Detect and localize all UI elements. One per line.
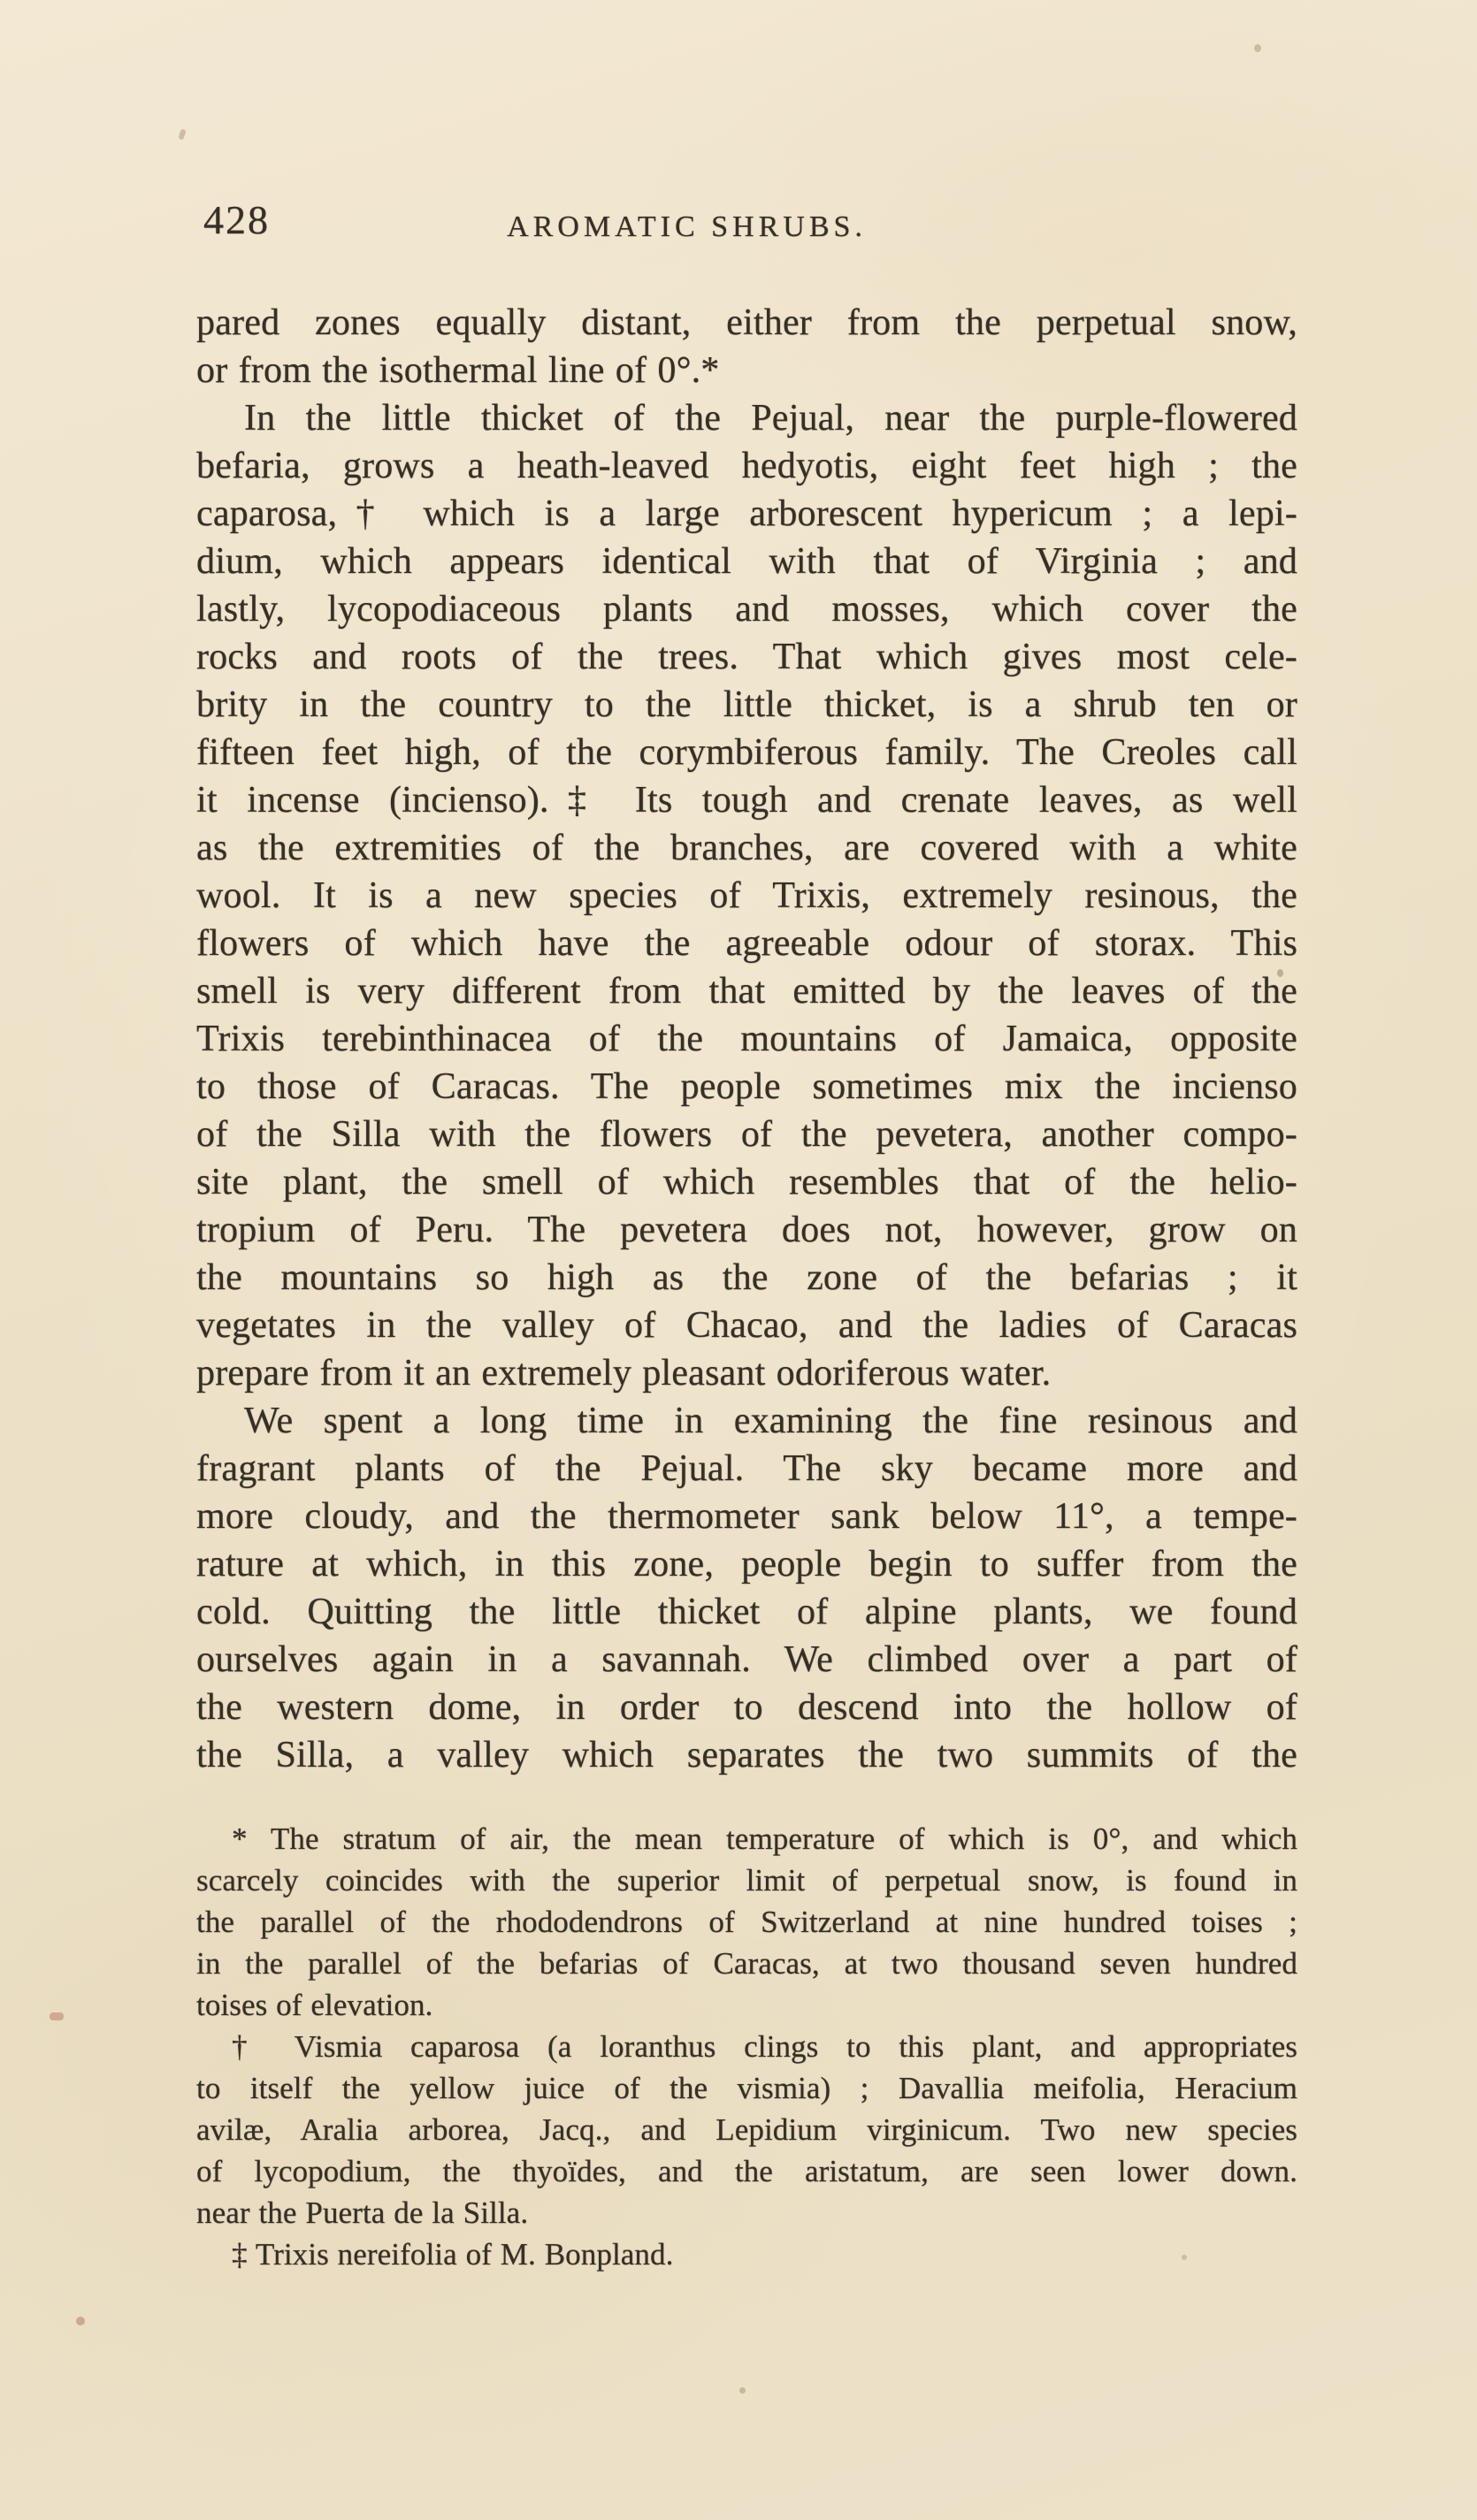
text-line: to itself the yellow juice of the vismia… xyxy=(196,2067,1297,2109)
book-page: 428 AROMATIC SHRUBS. pared zones equally… xyxy=(0,0,1477,2520)
paper-speck xyxy=(178,128,186,140)
text-line: We spent a long time in examining the fi… xyxy=(196,1397,1297,1445)
paper-speck xyxy=(1277,969,1283,977)
paper-speck xyxy=(1254,44,1261,52)
text-line: in the parallel of the befarias of Carac… xyxy=(196,1943,1297,1984)
text-line: dium, which appears identical with that … xyxy=(196,538,1297,585)
text-line: more cloudy, and the thermometer sank be… xyxy=(196,1493,1297,1540)
paragraph: * The stratum of air, the mean temperatu… xyxy=(196,1818,1297,2026)
text-line: lastly, lycopodiaceous plants and mosses… xyxy=(196,585,1297,633)
paper-speck xyxy=(76,2317,85,2325)
text-line: rocks and roots of the trees. That which… xyxy=(196,633,1297,681)
text-line: caparosa,† which is a large arborescent … xyxy=(196,490,1297,538)
text-line: * The stratum of air, the mean temperatu… xyxy=(196,1818,1297,1859)
text-line: as the extremities of the branches, are … xyxy=(196,824,1297,872)
text-line: cold. Quitting the little thicket of alp… xyxy=(196,1588,1297,1636)
text-line: avilæ, Aralia arborea, Jacq., and Lepidi… xyxy=(196,2109,1297,2150)
text-line: rature at which, in this zone, people be… xyxy=(196,1540,1297,1588)
text-line: ‡ Trixis nereifolia of M. Bonpland. xyxy=(196,2234,1297,2275)
text-line: smell is very different from that emitte… xyxy=(196,967,1297,1015)
text-line: prepare from it an extremely pleasant od… xyxy=(196,1349,1297,1397)
paper-speck xyxy=(50,2012,64,2020)
paragraph: ‡ Trixis nereifolia of M. Bonpland. xyxy=(196,2234,1297,2275)
running-title: AROMATIC SHRUBS. xyxy=(136,210,1237,244)
text-line: pared zones equally distant, either from… xyxy=(196,299,1297,347)
body-text: pared zones equally distant, either from… xyxy=(196,299,1297,1779)
text-line: to those of Caracas. The people sometime… xyxy=(196,1063,1297,1111)
text-line: of lycopodium, the thyoïdes, and the ari… xyxy=(196,2150,1297,2192)
paragraph: pared zones equally distant, either from… xyxy=(196,299,1297,394)
paragraph: In the little thicket of the Pejual, nea… xyxy=(196,394,1297,1397)
text-line: Trixis terebinthinacea of the mountains … xyxy=(196,1015,1297,1063)
text-line: toises of elevation. xyxy=(196,1984,1297,2026)
text-line: wool. It is a new species of Trixis, ext… xyxy=(196,872,1297,920)
text-line: of the Silla with the flowers of the pev… xyxy=(196,1111,1297,1158)
paragraph: We spent a long time in examining the fi… xyxy=(196,1397,1297,1779)
text-line: site plant, the smell of which resembles… xyxy=(196,1158,1297,1206)
text-line: the Silla, a valley which separates the … xyxy=(196,1731,1297,1779)
text-line: fragrant plants of the Pejual. The sky b… xyxy=(196,1445,1297,1493)
text-line: or from the isothermal line of 0°.* xyxy=(196,347,1297,394)
text-line: flowers of which have the agreeable odou… xyxy=(196,920,1297,967)
paragraph: † Vismia caparosa (a loranthus clings to… xyxy=(196,2026,1297,2234)
text-line: fifteen feet high, of the corymbiferous … xyxy=(196,729,1297,776)
paper-speck xyxy=(1182,2255,1187,2260)
text-line: it incense (incienso).‡ Its tough and cr… xyxy=(196,776,1297,824)
text-line: the parallel of the rhododendrons of Swi… xyxy=(196,1901,1297,1943)
text-line: vegetates in the valley of Chacao, and t… xyxy=(196,1302,1297,1349)
text-line: tropium of Peru. The pevetera does not, … xyxy=(196,1206,1297,1254)
paper-speck xyxy=(739,2387,746,2394)
text-line: † Vismia caparosa (a loranthus clings to… xyxy=(196,2026,1297,2067)
text-line: near the Puerta de la Silla. xyxy=(196,2192,1297,2234)
text-line: befaria, grows a heath-leaved hedyotis, … xyxy=(196,442,1297,490)
text-line: scarcely coincides with the superior lim… xyxy=(196,1859,1297,1901)
footnotes: * The stratum of air, the mean temperatu… xyxy=(196,1818,1297,2275)
text-line: the mountains so high as the zone of the… xyxy=(196,1254,1297,1302)
text-line: ourselves again in a savannah. We climbe… xyxy=(196,1636,1297,1684)
text-line: brity in the country to the little thick… xyxy=(196,681,1297,729)
text-line: In the little thicket of the Pejual, nea… xyxy=(196,394,1297,442)
paper-speck xyxy=(495,1096,500,1101)
text-line: the western dome, in order to descend in… xyxy=(196,1684,1297,1731)
